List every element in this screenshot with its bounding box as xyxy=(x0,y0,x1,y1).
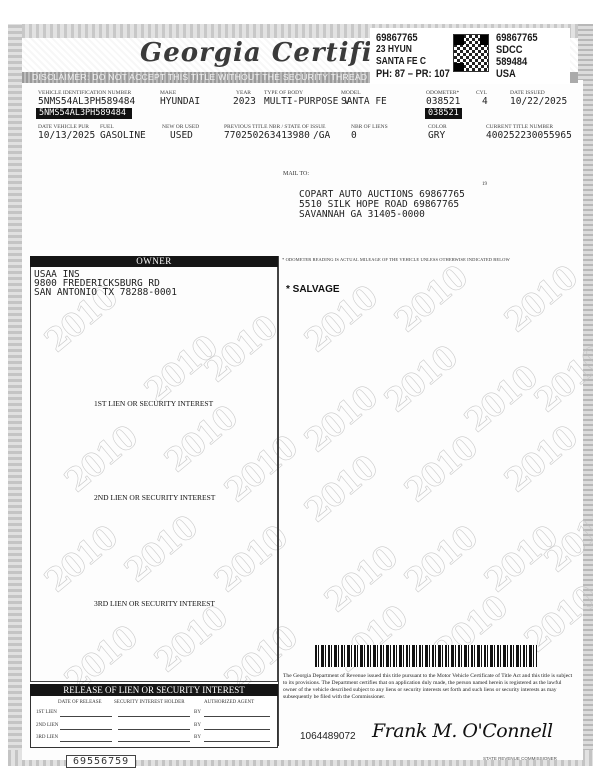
sticker-vehicle: 23 HYUN xyxy=(376,44,450,56)
release-col-date: DATE OF RELEASE xyxy=(58,700,102,705)
sticker-vin-suffix: 589484 xyxy=(496,56,538,68)
new-used-value: USED xyxy=(170,130,193,141)
owner-address: USAA INS 9800 FREDERICKSBURG RD SAN ANTO… xyxy=(34,270,177,297)
vin-value: 5NMS54AL3PH589484 xyxy=(38,96,135,107)
cyl-value: 4 xyxy=(482,96,488,107)
color-value: GRY xyxy=(428,130,445,141)
model-value: SANTA FE xyxy=(341,96,387,107)
current-title-value: 400252230055965 xyxy=(486,130,572,141)
qr-code-icon xyxy=(453,34,489,72)
odometer-highlight: 038521 xyxy=(425,108,462,119)
sticker-country: USA xyxy=(496,68,538,80)
odometer-value: 038521 xyxy=(426,96,460,107)
previous-title-value: 770250263413980 xyxy=(224,130,310,141)
release-col-agent: AUTHORIZED AGENT xyxy=(204,700,254,705)
sticker-lot-number-2: 69867765 xyxy=(496,32,538,44)
auction-sticker: 69867765 23 HYUN SANTA FE C PH: 87 – PR:… xyxy=(370,28,570,84)
sticker-left-text: 69867765 23 HYUN SANTA FE C PH: 87 – PR:… xyxy=(376,32,450,80)
mail-to-label: MAIL TO: xyxy=(283,171,309,177)
release-holder-line-2 xyxy=(118,729,190,730)
release-col-holder: SECURITY INTEREST HOLDER xyxy=(114,700,185,705)
release-row-1: 1ST LIEN xyxy=(36,710,57,715)
sticker-ph-pr: PH: 87 – PR: 107 xyxy=(376,68,450,80)
release-agent-line-3 xyxy=(204,741,270,742)
fuel-value: GASOLINE xyxy=(100,130,146,141)
stub-number: 69556759 xyxy=(66,755,136,768)
sticker-code: SDCC xyxy=(496,44,538,56)
year-value: 2023 xyxy=(233,96,256,107)
release-date-line-3 xyxy=(60,741,112,742)
by-label-2: BY xyxy=(194,723,201,728)
owner-panel xyxy=(30,256,278,682)
mail-to-address: COPART AUTO AUCTIONS 69867765 5510 SILK … xyxy=(299,190,465,220)
make-value: HYUNDAI xyxy=(160,96,200,107)
sticker-right-text: 69867765 SDCC 589484 USA xyxy=(496,32,538,80)
title-certificate: 2010201020102010201020102010201020102010… xyxy=(0,0,593,768)
release-row-3: 3RD LIEN xyxy=(36,735,58,740)
release-agent-line-2 xyxy=(204,729,270,730)
commissioner-signature: Frank M. O'Connell xyxy=(372,720,553,742)
first-lien-title: 1ST LIEN OR SECURITY INTEREST xyxy=(94,399,213,408)
by-label-1: BY xyxy=(194,710,201,715)
title-brand: * SALVAGE xyxy=(286,284,340,295)
sticker-model: SANTA FE C xyxy=(376,56,450,68)
ornamental-border-left xyxy=(8,24,22,766)
signature-title: STATE REVENUE COMMISSIONER xyxy=(483,756,557,761)
second-lien-title: 2ND LIEN OR SECURITY INTEREST xyxy=(94,493,215,502)
certification-text: The Georgia Department of Revenue issued… xyxy=(283,673,573,701)
sticker-lot-number: 69867765 xyxy=(376,32,450,44)
date-issued-value: 10/22/2025 xyxy=(510,96,567,107)
by-label-3: BY xyxy=(194,735,201,740)
odometer-note: * ODOMETER READING IS ACTUAL MILEAGE OF … xyxy=(282,257,510,262)
release-row-2: 2ND LIEN xyxy=(36,723,58,728)
body-value: MULTI-PURPOSE V xyxy=(264,96,350,107)
previous-state-value: /GA xyxy=(313,130,330,141)
owner-header: OWNER xyxy=(30,256,278,267)
liens-value: 0 xyxy=(351,130,357,141)
date-purchased-value: 10/13/2025 xyxy=(38,130,95,141)
mail-marker: 19 xyxy=(482,182,487,187)
release-date-line-1 xyxy=(60,716,112,717)
third-lien-title: 3RD LIEN OR SECURITY INTEREST xyxy=(94,599,215,608)
vin-highlight: 5NMS54AL3PH589484 xyxy=(36,108,132,119)
release-date-line-2 xyxy=(60,729,112,730)
release-holder-line-1 xyxy=(118,716,190,717)
release-agent-line-1 xyxy=(204,716,270,717)
barcode xyxy=(315,645,537,667)
release-header: RELEASE OF LIEN OR SECURITY INTEREST xyxy=(30,684,278,696)
release-holder-line-3 xyxy=(118,741,190,742)
control-number: 1064489072 xyxy=(300,731,356,742)
